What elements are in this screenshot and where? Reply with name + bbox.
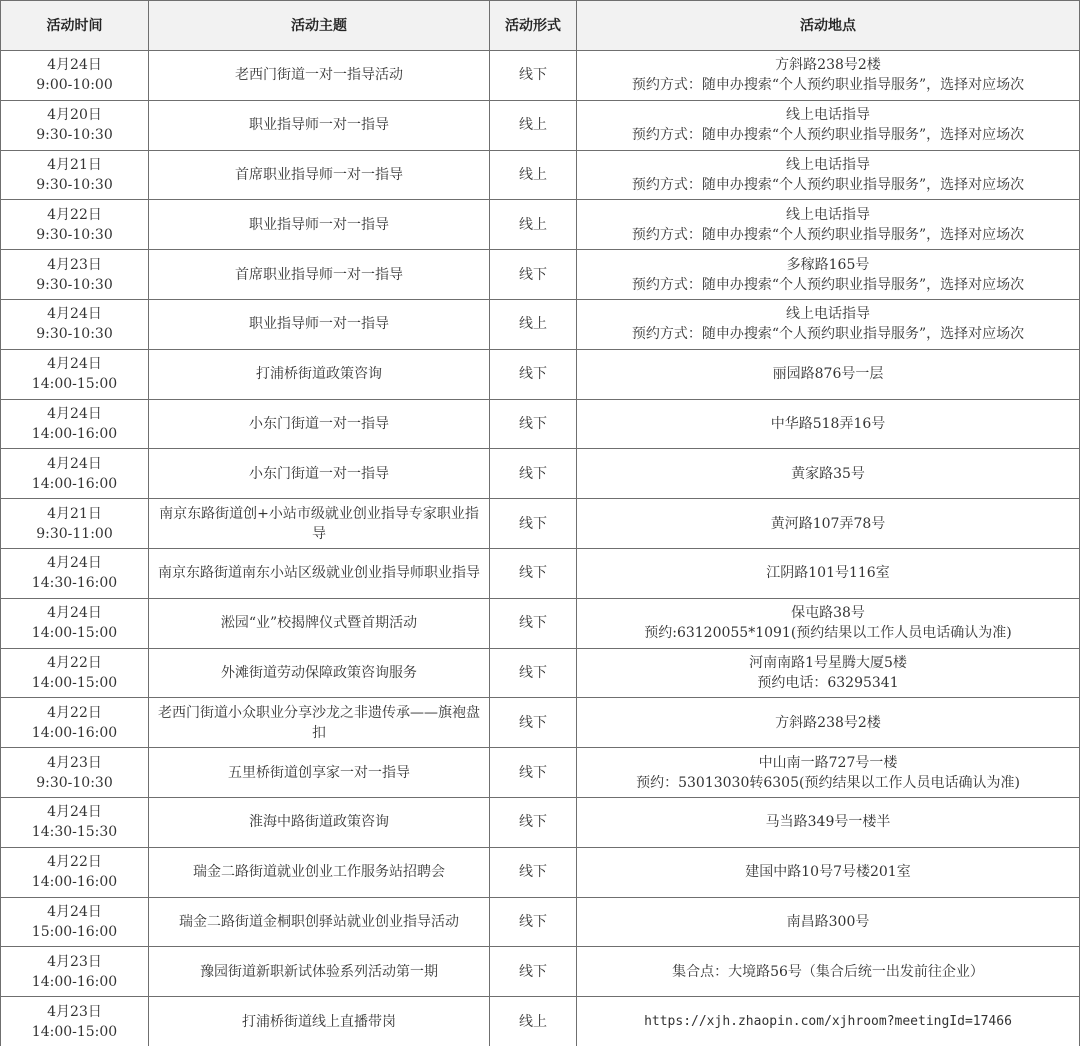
form-text: 线下 [494,862,572,882]
date-text: 4月24日 [5,553,144,573]
form-text: 线下 [494,713,572,733]
form-text: 线上 [494,165,572,185]
cell-topic: 首席职业指导师一对一指导 [149,150,490,200]
cell-place: 南昌路300号 [577,897,1080,947]
topic-text: 老西门街道小众职业分享沙龙之非遗传承——旗袍盘扣 [153,703,485,743]
table-row: 4月23日14:00-16:00豫园街道新职新试体验系列活动第一期线下集合点：大… [1,947,1080,997]
form-text: 线上 [494,1012,572,1032]
table-row: 4月22日14:00-16:00瑞金二路街道就业创业工作服务站招聘会线下建国中路… [1,847,1080,897]
topic-text: 小东门街道一对一指导 [153,414,485,434]
time-text: 14:30-15:30 [5,822,144,842]
place-line-1: 黄家路35号 [581,464,1075,484]
cell-topic: 老西门街道小众职业分享沙龙之非遗传承——旗袍盘扣 [149,698,490,748]
form-text: 线下 [494,464,572,484]
table-row: 4月21日9:30-10:30首席职业指导师一对一指导线上线上电话指导预约方式：… [1,150,1080,200]
place-line-1: 建国中路10号7号楼201室 [581,862,1075,882]
cell-time: 4月24日14:00-15:00 [1,349,149,399]
place-line-2: 预约方式：随申办搜索“个人预约职业指导服务”，选择对应场次 [581,75,1075,95]
cell-topic: 瑞金二路街道金桐职创驿站就业创业指导活动 [149,897,490,947]
place-line-1: 河南南路1号星腾大厦5楼 [581,653,1075,673]
topic-text: 豫园街道新职新试体验系列活动第一期 [153,962,485,982]
place-line-1: 黄河路107弄78号 [581,514,1075,534]
date-text: 4月24日 [5,603,144,623]
form-text: 线下 [494,613,572,633]
time-text: 14:00-16:00 [5,723,144,743]
time-text: 14:00-16:00 [5,424,144,444]
cell-time: 4月23日9:30-10:30 [1,748,149,798]
table-row: 4月24日14:00-16:00小东门街道一对一指导线下黄家路35号 [1,449,1080,499]
cell-topic: 小东门街道一对一指导 [149,399,490,449]
date-text: 4月22日 [5,852,144,872]
cell-place: 方斜路238号2楼 [577,698,1080,748]
cell-time: 4月24日14:00-16:00 [1,449,149,499]
cell-place: 江阴路101号116室 [577,548,1080,598]
place-line-2: 预约电话：63295341 [581,673,1075,693]
table-row: 4月22日14:00-16:00老西门街道小众职业分享沙龙之非遗传承——旗袍盘扣… [1,698,1080,748]
cell-place: 线上电话指导预约方式：随申办搜索“个人预约职业指导服务”，选择对应场次 [577,200,1080,250]
activity-schedule-table: 活动时间 活动主题 活动形式 活动地点 4月24日9:00-10:00老西门街道… [0,0,1080,1046]
table-row: 4月22日14:00-15:00外滩街道劳动保障政策咨询服务线下河南南路1号星腾… [1,648,1080,698]
date-text: 4月24日 [5,354,144,374]
table-row: 4月22日9:30-10:30职业指导师一对一指导线上线上电话指导预约方式：随申… [1,200,1080,250]
cell-topic: 豫园街道新职新试体验系列活动第一期 [149,947,490,997]
cell-time: 4月24日15:00-16:00 [1,897,149,947]
table-row: 4月24日9:00-10:00老西门街道一对一指导活动线下方斜路238号2楼预约… [1,51,1080,101]
cell-time: 4月24日14:00-16:00 [1,399,149,449]
cell-place: 保屯路38号预约:63120055*1091(预约结果以工作人员电话确认为准) [577,598,1080,648]
topic-text: 职业指导师一对一指导 [153,215,485,235]
place-line-1: 丽园路876号一层 [581,364,1075,384]
cell-topic: 五里桥街道创享家一对一指导 [149,748,490,798]
place-line-2: 预约方式：随申办搜索“个人预约职业指导服务”，选择对应场次 [581,175,1075,195]
place-line-2: 预约方式：随申办搜索“个人预约职业指导服务”，选择对应场次 [581,275,1075,295]
header-time: 活动时间 [1,1,149,51]
cell-topic: 外滩街道劳动保障政策咨询服务 [149,648,490,698]
cell-time: 4月24日9:30-10:30 [1,299,149,349]
date-text: 4月22日 [5,703,144,723]
cell-place: 中华路518弄16号 [577,399,1080,449]
topic-text: 淮海中路街道政策咨询 [153,812,485,832]
topic-text: 首席职业指导师一对一指导 [153,265,485,285]
place-line-1: 江阴路101号116室 [581,563,1075,583]
place-line-1: 线上电话指导 [581,205,1075,225]
time-text: 14:00-15:00 [5,1022,144,1042]
place-line-1: 线上电话指导 [581,105,1075,125]
place-line-1: 保屯路38号 [581,603,1075,623]
cell-form: 线下 [490,847,577,897]
place-line-1: 线上电话指导 [581,304,1075,324]
table-row: 4月20日9:30-10:30职业指导师一对一指导线上线上电话指导预约方式：随申… [1,100,1080,150]
topic-text: 瑞金二路街道金桐职创驿站就业创业指导活动 [153,912,485,932]
cell-time: 4月21日9:30-11:00 [1,499,149,549]
cell-form: 线下 [490,947,577,997]
cell-topic: 淞园“业”校揭牌仪式暨首期活动 [149,598,490,648]
time-text: 9:00-10:00 [5,75,144,95]
cell-time: 4月24日14:30-16:00 [1,548,149,598]
topic-text: 五里桥街道创享家一对一指导 [153,763,485,783]
topic-text: 淞园“业”校揭牌仪式暨首期活动 [153,613,485,633]
header-place: 活动地点 [577,1,1080,51]
cell-form: 线下 [490,349,577,399]
topic-text: 首席职业指导师一对一指导 [153,165,485,185]
topic-text: 职业指导师一对一指导 [153,314,485,334]
topic-text: 小东门街道一对一指导 [153,464,485,484]
cell-topic: 打浦桥街道政策咨询 [149,349,490,399]
place-line-2: 预约方式：随申办搜索“个人预约职业指导服务”，选择对应场次 [581,324,1075,344]
topic-text: 打浦桥街道政策咨询 [153,364,485,384]
cell-place: 河南南路1号星腾大厦5楼预约电话：63295341 [577,648,1080,698]
cell-time: 4月23日14:00-16:00 [1,947,149,997]
place-line-1: 线上电话指导 [581,155,1075,175]
table-row: 4月24日15:00-16:00瑞金二路街道金桐职创驿站就业创业指导活动线下南昌… [1,897,1080,947]
cell-topic: 瑞金二路街道就业创业工作服务站招聘会 [149,847,490,897]
cell-place: 黄河路107弄78号 [577,499,1080,549]
cell-form: 线上 [490,150,577,200]
cell-form: 线上 [490,200,577,250]
form-text: 线下 [494,663,572,683]
time-text: 14:30-16:00 [5,573,144,593]
time-text: 14:00-15:00 [5,374,144,394]
time-text: 9:30-10:30 [5,175,144,195]
place-line-1: 南昌路300号 [581,912,1075,932]
place-line-2: 预约:63120055*1091(预约结果以工作人员电话确认为准) [581,623,1075,643]
cell-form: 线下 [490,698,577,748]
cell-time: 4月21日9:30-10:30 [1,150,149,200]
date-text: 4月23日 [5,952,144,972]
table-row: 4月24日14:30-15:30淮海中路街道政策咨询线下马当路349号一楼半 [1,797,1080,847]
cell-form: 线下 [490,748,577,798]
cell-topic: 首席职业指导师一对一指导 [149,250,490,300]
place-line-1: 多稼路165号 [581,255,1075,275]
form-text: 线下 [494,265,572,285]
cell-topic: 老西门街道一对一指导活动 [149,51,490,101]
cell-form: 线下 [490,797,577,847]
date-text: 4月21日 [5,155,144,175]
date-text: 4月24日 [5,304,144,324]
form-text: 线下 [494,364,572,384]
form-text: 线上 [494,215,572,235]
date-text: 4月22日 [5,653,144,673]
time-text: 14:00-15:00 [5,673,144,693]
date-text: 4月23日 [5,1002,144,1022]
place-line-1: 方斜路238号2楼 [581,713,1075,733]
cell-time: 4月24日9:00-10:00 [1,51,149,101]
time-text: 9:30-10:30 [5,125,144,145]
topic-text: 南京东路街道创+小站市级就业创业指导专家职业指导 [153,504,485,544]
place-line-1: 中华路518弄16号 [581,414,1075,434]
table-row: 4月24日14:00-16:00小东门街道一对一指导线下中华路518弄16号 [1,399,1080,449]
cell-form: 线上 [490,100,577,150]
cell-place: 线上电话指导预约方式：随申办搜索“个人预约职业指导服务”，选择对应场次 [577,100,1080,150]
cell-place: 建国中路10号7号楼201室 [577,847,1080,897]
cell-place: 线上电话指导预约方式：随申办搜索“个人预约职业指导服务”，选择对应场次 [577,299,1080,349]
cell-form: 线下 [490,548,577,598]
form-text: 线上 [494,314,572,334]
cell-topic: 南京东路街道创+小站市级就业创业指导专家职业指导 [149,499,490,549]
time-text: 15:00-16:00 [5,922,144,942]
cell-topic: 打浦桥街道线上直播带岗 [149,997,490,1046]
topic-text: 外滩街道劳动保障政策咨询服务 [153,663,485,683]
form-text: 线下 [494,962,572,982]
header-row: 活动时间 活动主题 活动形式 活动地点 [1,1,1080,51]
header-topic: 活动主题 [149,1,490,51]
cell-form: 线下 [490,499,577,549]
cell-place: 中山南一路727号一楼预约：53013030转6305(预约结果以工作人员电话确… [577,748,1080,798]
topic-text: 南京东路街道南东小站区级就业创业指导师职业指导 [153,563,485,583]
table-row: 4月23日14:00-15:00打浦桥街道线上直播带岗线上https://xjh… [1,997,1080,1046]
time-text: 9:30-10:30 [5,225,144,245]
form-text: 线下 [494,563,572,583]
time-text: 14:00-15:00 [5,623,144,643]
cell-place: 集合点：大境路56号（集合后统一出发前往企业） [577,947,1080,997]
time-text: 9:30-10:30 [5,275,144,295]
date-text: 4月23日 [5,255,144,275]
cell-place: 丽园路876号一层 [577,349,1080,399]
cell-form: 线下 [490,250,577,300]
table-row: 4月23日9:30-10:30五里桥街道创享家一对一指导线下中山南一路727号一… [1,748,1080,798]
cell-place: 黄家路35号 [577,449,1080,499]
topic-text: 瑞金二路街道就业创业工作服务站招聘会 [153,862,485,882]
table-body: 4月24日9:00-10:00老西门街道一对一指导活动线下方斜路238号2楼预约… [1,51,1080,1046]
cell-form: 线下 [490,51,577,101]
header-form: 活动形式 [490,1,577,51]
date-text: 4月24日 [5,902,144,922]
topic-text: 职业指导师一对一指导 [153,115,485,135]
place-line-1: 方斜路238号2楼 [581,55,1075,75]
cell-time: 4月22日9:30-10:30 [1,200,149,250]
form-text: 线下 [494,414,572,434]
table-row: 4月24日14:30-16:00南京东路街道南东小站区级就业创业指导师职业指导线… [1,548,1080,598]
date-text: 4月22日 [5,205,144,225]
date-text: 4月23日 [5,753,144,773]
cell-form: 线下 [490,399,577,449]
topic-text: 老西门街道一对一指导活动 [153,65,485,85]
table-row: 4月23日9:30-10:30首席职业指导师一对一指导线下多稼路165号预约方式… [1,250,1080,300]
cell-form: 线上 [490,997,577,1046]
date-text: 4月24日 [5,454,144,474]
cell-form: 线上 [490,299,577,349]
time-text: 14:00-16:00 [5,972,144,992]
date-text: 4月24日 [5,404,144,424]
form-text: 线下 [494,812,572,832]
cell-time: 4月20日9:30-10:30 [1,100,149,150]
cell-topic: 南京东路街道南东小站区级就业创业指导师职业指导 [149,548,490,598]
cell-time: 4月24日14:30-15:30 [1,797,149,847]
form-text: 线下 [494,763,572,783]
time-text: 14:00-16:00 [5,474,144,494]
cell-form: 线下 [490,897,577,947]
form-text: 线上 [494,115,572,135]
place-line-1: https://xjh.zhaopin.com/xjhroom?meetingI… [581,1012,1075,1032]
place-line-2: 预约方式：随申办搜索“个人预约职业指导服务”，选择对应场次 [581,125,1075,145]
form-text: 线下 [494,65,572,85]
cell-topic: 小东门街道一对一指导 [149,449,490,499]
place-line-1: 中山南一路727号一楼 [581,753,1075,773]
cell-time: 4月23日9:30-10:30 [1,250,149,300]
time-text: 9:30-10:30 [5,324,144,344]
place-line-1: 集合点：大境路56号（集合后统一出发前往企业） [581,962,1075,982]
cell-place: 方斜路238号2楼预约方式：随申办搜索“个人预约职业指导服务”，选择对应场次 [577,51,1080,101]
topic-text: 打浦桥街道线上直播带岗 [153,1012,485,1032]
cell-place: 多稼路165号预约方式：随申办搜索“个人预约职业指导服务”，选择对应场次 [577,250,1080,300]
form-text: 线下 [494,514,572,534]
place-line-1: 马当路349号一楼半 [581,812,1075,832]
cell-topic: 职业指导师一对一指导 [149,100,490,150]
cell-place: 马当路349号一楼半 [577,797,1080,847]
cell-time: 4月22日14:00-16:00 [1,698,149,748]
cell-form: 线下 [490,598,577,648]
cell-topic: 职业指导师一对一指导 [149,200,490,250]
cell-time: 4月22日14:00-16:00 [1,847,149,897]
form-text: 线下 [494,912,572,932]
time-text: 9:30-11:00 [5,524,144,544]
time-text: 9:30-10:30 [5,773,144,793]
table-row: 4月24日14:00-15:00打浦桥街道政策咨询线下丽园路876号一层 [1,349,1080,399]
time-text: 14:00-16:00 [5,872,144,892]
cell-place: https://xjh.zhaopin.com/xjhroom?meetingI… [577,997,1080,1046]
table-row: 4月24日9:30-10:30职业指导师一对一指导线上线上电话指导预约方式：随申… [1,299,1080,349]
table-row: 4月21日9:30-11:00南京东路街道创+小站市级就业创业指导专家职业指导线… [1,499,1080,549]
date-text: 4月20日 [5,105,144,125]
date-text: 4月24日 [5,55,144,75]
date-text: 4月21日 [5,504,144,524]
cell-topic: 淮海中路街道政策咨询 [149,797,490,847]
place-line-2: 预约：53013030转6305(预约结果以工作人员电话确认为准) [581,773,1075,793]
cell-topic: 职业指导师一对一指导 [149,299,490,349]
cell-time: 4月23日14:00-15:00 [1,997,149,1046]
date-text: 4月24日 [5,802,144,822]
place-line-2: 预约方式：随申办搜索“个人预约职业指导服务”，选择对应场次 [581,225,1075,245]
cell-time: 4月22日14:00-15:00 [1,648,149,698]
cell-form: 线下 [490,449,577,499]
cell-form: 线下 [490,648,577,698]
cell-time: 4月24日14:00-15:00 [1,598,149,648]
table-row: 4月24日14:00-15:00淞园“业”校揭牌仪式暨首期活动线下保屯路38号预… [1,598,1080,648]
cell-place: 线上电话指导预约方式：随申办搜索“个人预约职业指导服务”，选择对应场次 [577,150,1080,200]
